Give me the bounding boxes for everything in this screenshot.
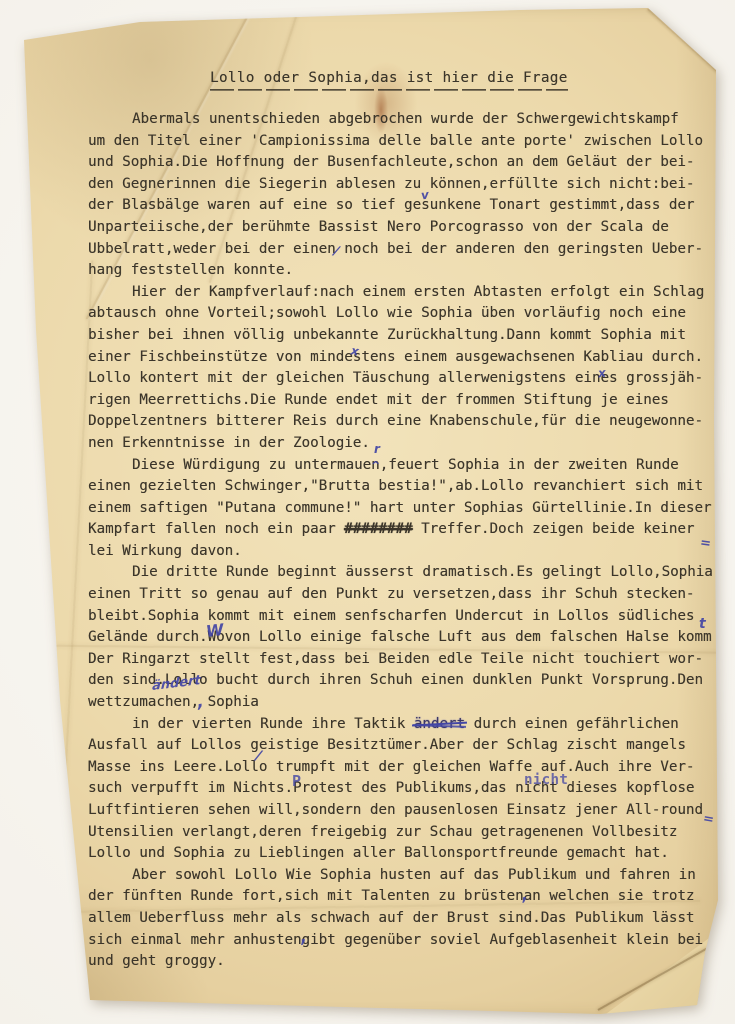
typewritten-page: Lollo oder Sophia,das ist hier die Frage…	[0, 0, 735, 1024]
text-line: bleibt.Sophia kommt mit einem senfscharf…	[88, 606, 728, 628]
document-title: Lollo oder Sophia,das ist hier die Frage	[210, 70, 568, 91]
text-segment: in der vierten Runde ihre Taktik	[132, 716, 414, 732]
text-line: Lollo und Sophia zu Lieblingen aller Bal…	[88, 843, 728, 865]
text-line: Hier der Kampfverlauf:nach einem ersten …	[88, 282, 728, 304]
paragraph-6: Aber sowohl Lollo Wie Sophia husten auf …	[88, 865, 728, 973]
text-line: allem Ueberfluss mehr als schwach auf de…	[88, 908, 728, 930]
text-line: Ausfall auf Lollos geistige Besitztümer.…	[88, 735, 728, 757]
text-line: in der vierten Runde ihre Taktik ändert …	[88, 714, 728, 736]
text-line: Luftfintieren sehen will,sondern den pau…	[88, 800, 728, 822]
text-line: und geht groggy.	[88, 951, 728, 973]
text-line: Der Ringarzt stellt fest,dass bei Beiden…	[88, 649, 728, 671]
text-line: Abermals unentschieden abgebrochen wurde…	[88, 109, 728, 131]
text-line: der Blasbälge waren auf eine so tief ges…	[88, 195, 728, 217]
text-line: such verpufft im Nichts.Protest des Publ…	[88, 778, 728, 800]
text-line: Lollo kontert mit der gleichen Täuschung…	[88, 368, 728, 390]
text-line: abtausch ohne Vorteil;sowohl Lollo wie S…	[88, 303, 728, 325]
paragraph-3: Diese Würdigung zu untermauen,feuert Sop…	[88, 455, 728, 563]
paragraph-1: Abermals unentschieden abgebrochen wurde…	[88, 109, 728, 282]
text-line: lei Wirkung davon.	[88, 541, 728, 563]
text-line: wettzumachen, Sophia	[88, 692, 728, 714]
text-line: einem saftigen "Putana commune!" hart un…	[88, 498, 728, 520]
text-line: bisher bei ihnen völlig unbekannte Zurüc…	[88, 325, 728, 347]
paper-sheet: Lollo oder Sophia,das ist hier die Frage…	[0, 0, 735, 1024]
text-line: den sind.Lollo bucht durch ihren Schuh e…	[88, 670, 728, 692]
text-line: rigen Meerrettichs.Die Runde endet mit d…	[88, 390, 728, 412]
text-line: einer Fischbeinstütze von mindestens ein…	[88, 347, 728, 369]
text-line: den Gegnerinnen die Siegerin ablesen zu …	[88, 174, 728, 196]
text-segment: Treffer.Doch zeigen beide keiner	[413, 521, 695, 537]
text-line: Aber sowohl Lollo Wie Sophia husten auf …	[88, 865, 728, 887]
text-line: der fünften Runde fort,sich mit Talenten…	[88, 886, 728, 908]
overstruck-word: ########	[344, 521, 412, 537]
paragraph-2: Hier der Kampfverlauf:nach einem ersten …	[88, 282, 728, 455]
text-line: Diese Würdigung zu untermauen,feuert Sop…	[88, 455, 728, 477]
text-segment: durch einen gefährlichen	[465, 716, 679, 732]
paragraph-4: Die dritte Runde beginnt äusserst dramat…	[88, 562, 728, 713]
text-line: Ubbelratt,weder bei der einen noch bei d…	[88, 239, 728, 261]
text-line: einen Tritt so genau auf den Punkt zu ve…	[88, 584, 728, 606]
text-line: Unparteiische,der berühmte Bassist Nero …	[88, 217, 728, 239]
text-line: um den Titel einer 'Campionissima delle …	[88, 131, 728, 153]
text-line: und Sophia.Die Hoffnung der Busenfachleu…	[88, 152, 728, 174]
text-segment: Kampfart fallen noch ein paar	[88, 521, 344, 537]
scan-background: Lollo oder Sophia,das ist hier die Frage…	[0, 0, 735, 1024]
text-line: nen Erkenntnisse in der Zoologie.	[88, 433, 728, 455]
text-line: Gelände durch.Wovon Lollo einige falsche…	[88, 627, 728, 649]
text-line: hang feststellen konnte.	[88, 260, 728, 282]
document-body: Abermals unentschieden abgebrochen wurde…	[88, 109, 728, 973]
cut-corner-edge	[647, 8, 720, 74]
text-line: Utensilien verlangt,deren freigebig zur …	[88, 822, 728, 844]
text-line: Masse ins Leere.Lollo trumpft mit der gl…	[88, 757, 728, 779]
ink-struck-word: ändert	[414, 716, 465, 732]
text-line: Doppelzentners bitterer Reis durch eine …	[88, 411, 728, 433]
text-line: einen gezielten Schwinger,"Brutta bestia…	[88, 476, 728, 498]
text-line: Die dritte Runde beginnt äusserst dramat…	[88, 562, 728, 584]
paragraph-5: in der vierten Runde ihre Taktik ändert …	[88, 714, 728, 865]
text-line: sich einmal mehr anhustengibt gegenüber …	[88, 930, 728, 952]
text-line: Kampfart fallen noch ein paar ######## T…	[88, 519, 728, 541]
